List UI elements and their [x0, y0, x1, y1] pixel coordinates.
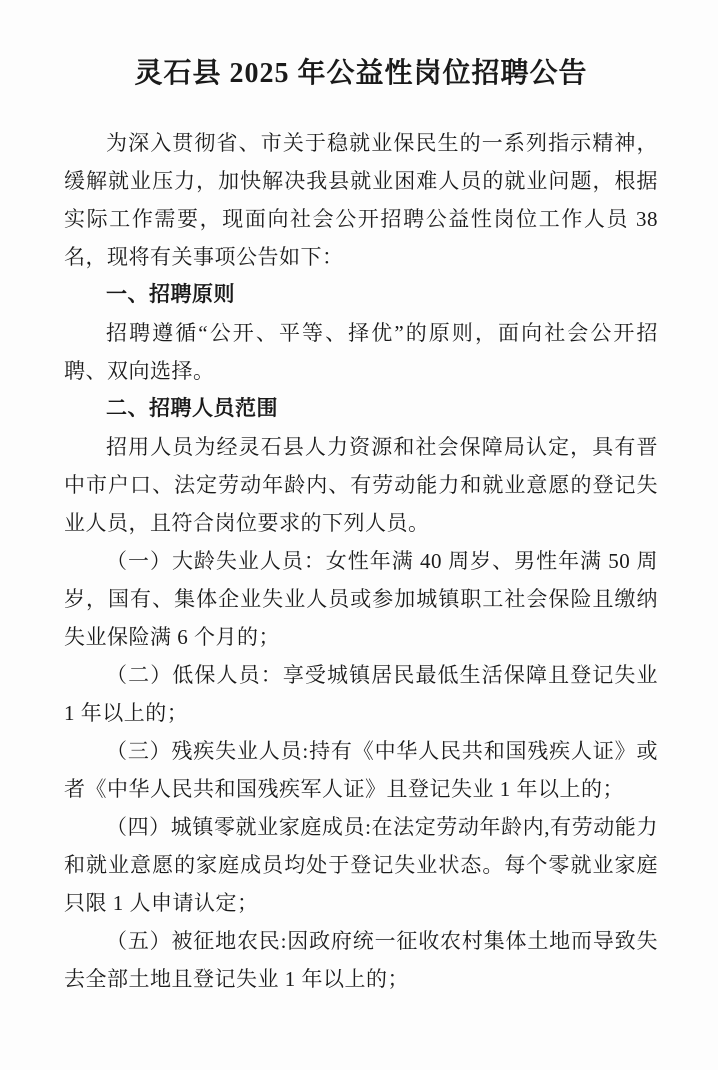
- paragraph: 招聘遵循“公开、平等、择优”的原则，面向社会公开招聘、双向选择。: [64, 314, 658, 390]
- paragraph: （一）大龄失业人员：女性年满 40 周岁、男性年满 50 周岁，国有、集体企业失…: [64, 542, 658, 656]
- document-body: 为深入贯彻省、市关于稳就业保民生的一系列指示精神，缓解就业压力，加快解决我县就业…: [64, 124, 658, 998]
- paragraph: 招用人员为经灵石县人力资源和社会保障局认定，具有晋中市户口、法定劳动年龄内、有劳…: [64, 428, 658, 542]
- paragraph: （二）低保人员：享受城镇居民最低生活保障且登记失业 1 年以上的；: [64, 656, 658, 732]
- section-heading: 一、招聘原则: [64, 276, 658, 314]
- section-heading: 二、招聘人员范围: [64, 390, 658, 428]
- paragraph: （五）被征地农民:因政府统一征收农村集体土地而导致失去全部土地且登记失业 1 年…: [64, 922, 658, 998]
- paragraph: （三）残疾失业人员:持有《中华人民共和国残疾人证》或者《中华人民共和国残疾军人证…: [64, 732, 658, 808]
- document-title: 灵石县 2025 年公益性岗位招聘公告: [64, 56, 658, 92]
- paragraph: （四）城镇零就业家庭成员:在法定劳动年龄内,有劳动能力和就业意愿的家庭成员均处于…: [64, 808, 658, 922]
- document-page: 灵石县 2025 年公益性岗位招聘公告 为深入贯彻省、市关于稳就业保民生的一系列…: [0, 0, 718, 1070]
- paragraph: 为深入贯彻省、市关于稳就业保民生的一系列指示精神，缓解就业压力，加快解决我县就业…: [64, 124, 658, 276]
